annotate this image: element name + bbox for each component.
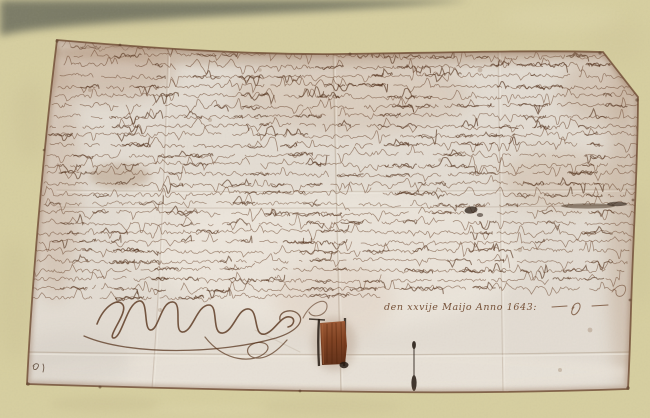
seal-left-slit [318,319,319,366]
crease-smudge-dark [607,202,627,206]
charter-scene: den xxvije Maijo Anno 1643: [0,0,650,418]
parchment-surface: den xxvije Maijo Anno 1643: [0,0,650,418]
photograph-of-parchment-charter: den xxvije Maijo Anno 1643: [0,0,650,418]
ink-drip-blob [411,375,416,391]
ink-drip-top [412,341,416,349]
crease-ink-blot-small [477,213,483,217]
seal-wax [320,321,347,365]
seal-slit-blob [340,362,349,368]
seal-slit-tick [309,319,325,320]
crease-smudge [561,203,615,208]
date-line: den xxvije Maijo Anno 1643: [384,302,537,313]
